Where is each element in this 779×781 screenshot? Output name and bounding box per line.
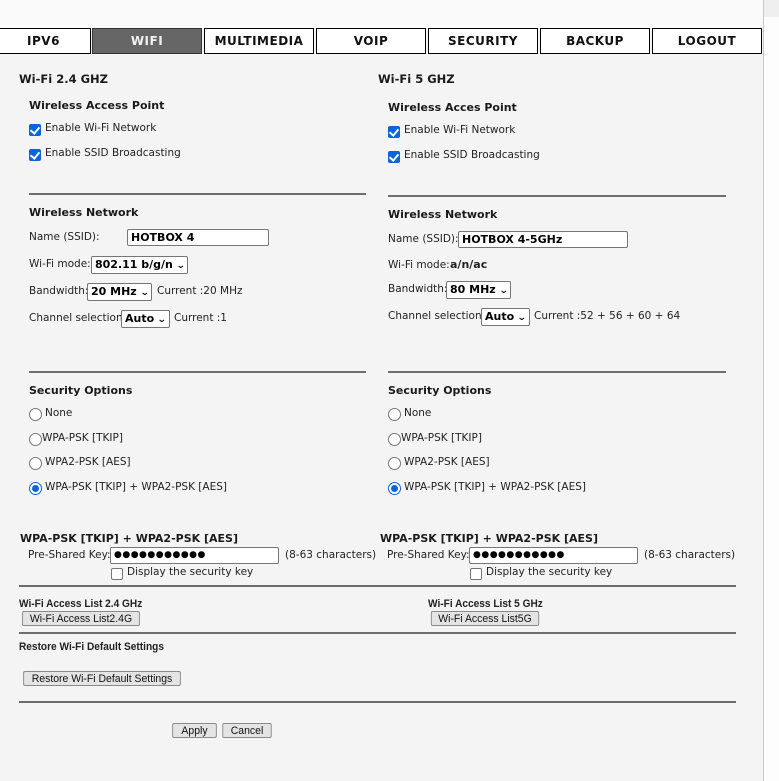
bandwidth-current: Current :20 MHz [157, 285, 242, 297]
security-options-heading: Security Options [388, 384, 491, 397]
channel-value: Auto [125, 312, 154, 325]
chevron-down-icon: ⌄ [157, 312, 167, 328]
ssid-input[interactable]: HOTBOX 4 [127, 229, 269, 246]
psk-label: Pre-Shared Key: [387, 549, 470, 561]
psk-input[interactable]: ●●●●●●●●●●● [469, 547, 638, 564]
psk-hint: (8-63 characters) [644, 549, 735, 561]
wifi-mode-value: 802.11 b/g/n [95, 258, 173, 271]
divider [29, 193, 366, 195]
divider [19, 701, 736, 703]
psk-hint: (8-63 characters) [285, 549, 376, 561]
bandwidth-value: 20 MHz [91, 285, 137, 298]
chevron-down-icon: ⌄ [176, 258, 186, 274]
enable-wifi-label: Enable Wi-Fi Network [404, 124, 515, 136]
security-wpa2-label: WPA2-PSK [AES] [404, 456, 490, 468]
security-wpa2-label: WPA2-PSK [AES] [45, 456, 131, 468]
display-key-checkbox[interactable] [470, 568, 482, 580]
access-point-heading: Wireless Acces Point [388, 101, 517, 114]
psk-label: Pre-Shared Key: [28, 549, 111, 561]
wifi-mode-label: Wi-Fi mode: [29, 258, 91, 270]
channel-select[interactable]: Auto⌄ [121, 310, 170, 328]
access-point-heading: Wireless Access Point [29, 99, 164, 112]
wifi-mode-label: Wi-Fi mode: [388, 259, 450, 271]
tab-security[interactable]: SECURITY [428, 28, 538, 54]
bandwidth-select[interactable]: 80 MHz⌄ [446, 281, 511, 299]
channel-label: Channel selection: [29, 312, 126, 324]
security-wpa-wpa2-label: WPA-PSK [TKIP] + WPA2-PSK [AES] [404, 481, 586, 493]
divider [29, 371, 366, 373]
security-none-label: None [404, 407, 431, 419]
enable-wifi-label: Enable Wi-Fi Network [45, 122, 156, 134]
access-list-24-heading: Wi-Fi Access List 2.4 GHz [19, 598, 142, 610]
display-key-label: Display the security key [127, 566, 253, 578]
key-heading: WPA-PSK [TKIP] + WPA2-PSK [AES] [380, 532, 598, 545]
tab-voip[interactable]: VOIP [316, 28, 426, 54]
channel-current: Current :52 + 56 + 60 + 64 [534, 310, 680, 322]
security-none-label: None [45, 407, 72, 419]
chevron-down-icon: ⌄ [499, 283, 509, 299]
security-none-radio[interactable] [29, 408, 42, 421]
security-none-radio[interactable] [388, 408, 401, 421]
band-24-title: Wi-Fi 2.4 GHZ [19, 72, 108, 86]
wifi-mode-value: a/n/ac [450, 258, 487, 271]
security-wpa-label: WPA-PSK [TKIP] [42, 432, 123, 444]
tab-ipv6[interactable]: IPV6 [0, 28, 91, 54]
band-5-title: Wi-Fi 5 GHZ [378, 72, 455, 86]
divider [388, 371, 726, 373]
divider [19, 585, 736, 587]
divider [388, 195, 726, 197]
tab-wifi[interactable]: WIFI [92, 28, 202, 54]
cancel-button[interactable]: Cancel [222, 723, 271, 738]
access-list-5-heading: Wi-Fi Access List 5 GHz [428, 598, 543, 610]
security-options-heading: Security Options [29, 384, 132, 397]
ssid-input[interactable]: HOTBOX 4-5GHz [458, 231, 628, 248]
scrollbar-corner [764, 0, 779, 17]
top-strip [0, 0, 763, 28]
security-wpa-wpa2-label: WPA-PSK [TKIP] + WPA2-PSK [AES] [45, 481, 227, 493]
divider [19, 632, 736, 634]
ssid-label: Name (SSID): [29, 231, 100, 243]
channel-select[interactable]: Auto⌄ [481, 308, 530, 326]
bandwidth-value: 80 MHz [450, 283, 496, 296]
security-wpa2-radio[interactable] [29, 457, 42, 470]
security-wpa2-radio[interactable] [388, 457, 401, 470]
display-key-checkbox[interactable] [111, 568, 123, 580]
psk-input[interactable]: ●●●●●●●●●●● [110, 547, 279, 564]
ssid-label: Name (SSID): [388, 233, 459, 245]
bandwidth-select[interactable]: 20 MHz⌄ [87, 283, 152, 301]
channel-value: Auto [485, 310, 514, 323]
security-wpa-label: WPA-PSK [TKIP] [401, 432, 482, 444]
security-wpa-wpa2-radio[interactable] [388, 482, 401, 495]
enable-ssid-label: Enable SSID Broadcasting [45, 147, 181, 159]
chevron-down-icon: ⌄ [517, 310, 527, 326]
enable-wifi-checkbox[interactable] [388, 126, 400, 138]
wireless-network-heading: Wireless Network [388, 208, 497, 221]
restore-heading: Restore Wi-Fi Default Settings [19, 641, 164, 653]
key-heading: WPA-PSK [TKIP] + WPA2-PSK [AES] [20, 532, 238, 545]
bandwidth-label: Bandwidth: [29, 285, 88, 297]
tab-backup[interactable]: BACKUP [540, 28, 650, 54]
display-key-label: Display the security key [486, 566, 612, 578]
enable-wifi-checkbox[interactable] [29, 124, 41, 136]
security-wpa-wpa2-radio[interactable] [29, 482, 42, 495]
apply-button[interactable]: Apply [172, 723, 217, 738]
channel-current: Current :1 [174, 312, 227, 324]
scrollbar[interactable] [763, 0, 779, 781]
access-list-24-button[interactable]: Wi-Fi Access List2.4G [22, 611, 140, 626]
enable-ssid-checkbox[interactable] [388, 151, 400, 163]
wifi-mode-select[interactable]: 802.11 b/g/n⌄ [91, 256, 188, 274]
channel-label: Channel selection: [388, 310, 485, 322]
bandwidth-label: Bandwidth: [388, 283, 447, 295]
security-wpa-radio[interactable] [29, 433, 42, 446]
wireless-network-heading: Wireless Network [29, 206, 138, 219]
restore-defaults-button[interactable]: Restore Wi-Fi Default Settings [23, 671, 181, 686]
tab-multimedia[interactable]: MULTIMEDIA [204, 28, 314, 54]
tab-logout[interactable]: LOGOUT [652, 28, 762, 54]
enable-ssid-label: Enable SSID Broadcasting [404, 149, 540, 161]
chevron-down-icon: ⌄ [140, 285, 150, 301]
security-wpa-radio[interactable] [388, 433, 401, 446]
access-list-5-button[interactable]: Wi-Fi Access List5G [431, 611, 539, 626]
enable-ssid-checkbox[interactable] [29, 149, 41, 161]
